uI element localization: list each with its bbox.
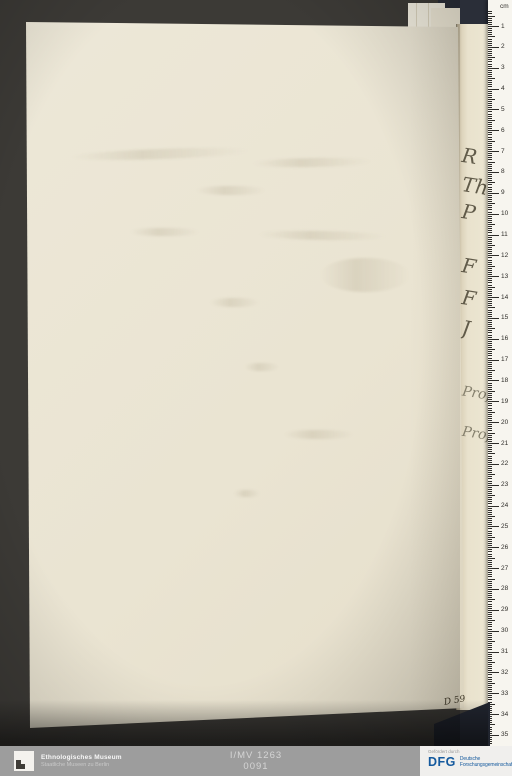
ruler-tick <box>488 408 492 409</box>
ruler-tick <box>488 585 492 586</box>
ruler-tick <box>488 422 499 423</box>
ruler-tick <box>488 159 492 160</box>
ruler-tick <box>488 180 492 181</box>
ruler-tick <box>488 387 492 388</box>
ruler-tick <box>488 47 499 48</box>
ruler-tick <box>488 589 499 590</box>
ruler-tick <box>488 80 492 81</box>
ruler-tick <box>488 66 492 67</box>
ruler-tick <box>488 55 492 56</box>
footer-bar: Ethnologisches Museum Staatliche Museen … <box>0 746 512 776</box>
ruler-tick <box>488 318 499 319</box>
ruler-tick <box>488 418 492 419</box>
ruler-tick <box>488 274 492 275</box>
ruler-tick <box>488 420 492 421</box>
ruler-tick <box>488 416 492 417</box>
ruler-tick <box>488 270 492 271</box>
ruler-tick <box>488 647 492 648</box>
ruler-tick <box>488 287 495 288</box>
ruler-tick <box>488 222 492 223</box>
ruler-number: 15 <box>501 314 512 321</box>
ruler-tick <box>488 608 492 609</box>
ruler-tick <box>488 49 492 50</box>
ruler-tick <box>488 132 492 133</box>
ruler-tick <box>488 460 492 461</box>
ruler-tick <box>488 526 499 527</box>
ruler-tick <box>488 251 492 252</box>
ruler-tick <box>488 341 492 342</box>
ruler-tick <box>488 86 492 87</box>
ruler-tick <box>488 39 492 40</box>
ruler-tick <box>488 397 492 398</box>
ruler-tick <box>488 560 492 561</box>
ruler-tick <box>488 120 495 121</box>
ruler-tick <box>488 478 492 479</box>
ruler-tick <box>488 266 495 267</box>
ruler-tick <box>488 95 492 96</box>
ruler-tick <box>488 691 492 692</box>
ruler-number: 20 <box>501 419 512 426</box>
ruler-tick <box>488 445 492 446</box>
ruler-tick <box>488 395 492 396</box>
ruler-tick <box>488 679 492 680</box>
ruler-tick <box>488 30 492 31</box>
ruler-tick <box>488 99 495 100</box>
ruler-tick <box>488 157 492 158</box>
ruler-tick <box>488 307 495 308</box>
ruler-number: 3 <box>501 64 512 71</box>
ruler-tick <box>488 322 492 323</box>
ruler-number: 26 <box>501 544 512 551</box>
ruler-tick <box>488 197 492 198</box>
ruler-tick <box>488 41 492 42</box>
ruler-tick <box>488 11 492 12</box>
ruler-tick <box>488 299 492 300</box>
funding-label: Gefördert durch <box>428 749 460 754</box>
ruler-tick <box>488 237 492 238</box>
ruler-number: 1 <box>501 23 512 30</box>
ruler-number: 17 <box>501 356 512 363</box>
ruler-tick <box>488 351 492 352</box>
ruler-tick <box>488 124 492 125</box>
ruler-tick <box>488 253 492 254</box>
ruler-number: 12 <box>501 252 512 259</box>
ruler-tick <box>488 243 492 244</box>
ruler-tick <box>488 203 495 204</box>
ruler-tick <box>488 366 492 367</box>
ruler-tick <box>488 401 499 402</box>
ruler-tick <box>488 337 492 338</box>
ruler-tick <box>488 212 492 213</box>
ruler-tick <box>488 93 492 94</box>
ruler-tick <box>488 620 495 621</box>
ruler-tick <box>488 118 492 119</box>
ruler-tick <box>488 301 492 302</box>
ruler-number: 9 <box>501 189 512 196</box>
ruler-tick <box>488 424 492 425</box>
ruler-tick <box>488 522 492 523</box>
ruler-tick <box>488 391 495 392</box>
ruler-tick <box>488 103 492 104</box>
ruler-tick <box>488 368 492 369</box>
ruler-tick <box>488 674 492 675</box>
ruler-tick <box>488 151 499 152</box>
ruler-tick <box>488 320 492 321</box>
ruler-tick <box>488 349 495 350</box>
ruler-tick <box>488 581 492 582</box>
ruler-tick <box>488 439 492 440</box>
ruler-tick <box>488 111 492 112</box>
ruler-tick <box>488 239 492 240</box>
ruler-number: 29 <box>501 606 512 613</box>
ruler-tick <box>488 441 492 442</box>
ruler-tick <box>488 91 492 92</box>
ruler-tick <box>488 470 492 471</box>
ruler-number: 22 <box>501 460 512 467</box>
ruler-tick <box>488 89 499 90</box>
blank-document-page <box>0 0 512 746</box>
ruler-tick <box>488 493 492 494</box>
ruler-tick <box>488 280 492 281</box>
ruler-tick <box>488 645 492 646</box>
ruler-tick <box>488 574 492 575</box>
ruler-tick <box>488 295 492 296</box>
ruler-tick <box>488 207 492 208</box>
ruler-tick <box>488 332 492 333</box>
ruler-tick <box>488 214 499 215</box>
ruler-tick <box>488 370 495 371</box>
ruler-tick <box>488 516 495 517</box>
ruler-tick <box>488 403 492 404</box>
ruler-tick <box>488 476 492 477</box>
ruler-tick <box>488 176 492 177</box>
dfg-full-name: Deutsche Forschungsgemeinschaft <box>460 756 512 768</box>
ruler-tick <box>488 497 492 498</box>
ruler-tick <box>488 524 492 525</box>
ruler-tick <box>488 278 492 279</box>
ruler-tick <box>488 693 499 694</box>
ruler-tick <box>488 84 492 85</box>
ruler-number: 10 <box>501 210 512 217</box>
ruler-tick <box>488 435 492 436</box>
ruler-tick <box>488 564 492 565</box>
ruler-tick <box>488 383 492 384</box>
ruler-tick <box>488 262 492 263</box>
ruler-tick <box>488 520 492 521</box>
ruler-tick <box>488 191 492 192</box>
ruler-tick <box>488 662 495 663</box>
ruler-tick <box>488 549 492 550</box>
ruler-tick <box>488 447 492 448</box>
ruler-tick <box>488 556 492 557</box>
ruler-tick <box>488 531 492 532</box>
ruler-number: 25 <box>501 523 512 530</box>
ruler-tick <box>488 362 492 363</box>
ruler-tick <box>488 666 492 667</box>
ruler-tick <box>488 554 492 555</box>
ruler-tick <box>488 139 492 140</box>
ruler-tick <box>488 472 492 473</box>
ruler-tick <box>488 216 492 217</box>
ruler-tick <box>488 36 495 37</box>
ruler-tick <box>488 668 492 669</box>
ruler-tick <box>488 128 492 129</box>
ruler-tick <box>488 155 492 156</box>
ruler-tick <box>488 70 492 71</box>
ruler-tick <box>488 255 499 256</box>
ruler-tick <box>488 76 492 77</box>
ruler-tick <box>488 654 492 655</box>
ruler-tick <box>488 364 492 365</box>
ruler-tick <box>488 347 492 348</box>
ruler-tick <box>488 305 492 306</box>
ruler-tick <box>488 466 492 467</box>
ruler-tick <box>488 697 492 698</box>
ruler-tick <box>488 312 492 313</box>
ruler-tick <box>488 635 492 636</box>
ruler-tick <box>488 483 492 484</box>
tab-seam <box>428 3 429 28</box>
ruler-number: 13 <box>501 273 512 280</box>
ruler-tick <box>488 535 492 536</box>
ruler-number: 24 <box>501 502 512 509</box>
ruler-tick <box>488 326 492 327</box>
ruler-tick <box>488 358 492 359</box>
ruler-tick <box>488 45 492 46</box>
ruler-tick <box>488 660 492 661</box>
ruler-tick <box>488 26 499 27</box>
handwriting-fragment: Prof. <box>461 383 488 404</box>
ruler-tick <box>488 412 495 413</box>
ruler-unit-label: cm <box>500 3 509 10</box>
ruler-tick <box>488 372 492 373</box>
ruler-tick <box>488 168 492 169</box>
ruler-tick <box>488 685 492 686</box>
ruler-tick <box>488 683 495 684</box>
ruler-number: 7 <box>501 148 512 155</box>
ruler-tick <box>488 681 492 682</box>
ruler-tick <box>488 170 492 171</box>
ruler-tick <box>488 360 499 361</box>
ruler-number: 2 <box>501 43 512 50</box>
scan-viewport: RThPFFJProf.Prof D 59 cm 123456789101112… <box>0 0 512 776</box>
ruler-tick <box>488 53 492 54</box>
ruler-tick <box>488 443 499 444</box>
ruler-tick <box>488 28 492 29</box>
ruler-tick <box>488 245 495 246</box>
ruler-tick <box>488 601 492 602</box>
ruler-tick <box>488 583 492 584</box>
ruler-tick <box>488 576 492 577</box>
ruler-tick <box>488 518 492 519</box>
ruler-tick <box>488 114 492 115</box>
ruler-tick <box>488 629 492 630</box>
ruler-tick <box>488 137 492 138</box>
ruler-tick <box>488 566 492 567</box>
ruler-number: 16 <box>501 335 512 342</box>
ruler-tick <box>488 182 495 183</box>
ruler-tick <box>488 501 492 502</box>
ruler-tick <box>488 122 492 123</box>
ruler-tick <box>488 272 492 273</box>
ruler-tick <box>488 268 492 269</box>
ruler-number: 14 <box>501 294 512 301</box>
ruler-tick <box>488 604 492 605</box>
ruler-tick <box>488 618 492 619</box>
ruler-tick <box>488 220 492 221</box>
ruler-number: 5 <box>501 106 512 113</box>
ruler-tick <box>488 506 499 507</box>
ruler-tick <box>488 22 492 23</box>
handwriting-fragment: F <box>460 253 477 279</box>
ruler-tick <box>488 226 492 227</box>
ruler-tick <box>488 178 492 179</box>
tab-seam <box>416 3 417 28</box>
ruler-tick <box>488 474 495 475</box>
ruler-tick <box>488 57 495 58</box>
ruler-tick <box>488 570 492 571</box>
ruler-tick <box>488 380 499 381</box>
ruler-tick <box>488 116 492 117</box>
ruler-tick <box>488 153 492 154</box>
ruler-tick <box>488 622 492 623</box>
ruler-tick <box>488 499 492 500</box>
ruler-tick <box>488 572 492 573</box>
ruler-tick <box>488 105 492 106</box>
ruler-tick <box>488 631 499 632</box>
ruler-tick <box>488 528 492 529</box>
ruler-number: 30 <box>501 627 512 634</box>
ruler-tick <box>488 339 499 340</box>
ruler-tick <box>488 656 492 657</box>
ruler-tick <box>488 612 492 613</box>
ruler-tick <box>488 24 492 25</box>
ruler-tick <box>488 328 495 329</box>
ruler-tick <box>488 587 492 588</box>
ruler-tick <box>488 209 492 210</box>
ruler-tick <box>488 641 495 642</box>
handwriting-fragment: F <box>460 285 477 311</box>
ruler-tick <box>488 43 492 44</box>
ruler-tick <box>488 430 492 431</box>
ruler-tick <box>488 453 495 454</box>
ruler-tick <box>488 378 492 379</box>
ruler-tick <box>488 247 492 248</box>
ruler-tick <box>488 385 492 386</box>
ruler-tick <box>488 458 492 459</box>
ruler-tick <box>488 260 492 261</box>
ruler-tick <box>488 626 492 627</box>
ruler-tick <box>488 541 492 542</box>
ruler-tick <box>488 389 492 390</box>
ruler-tick <box>488 599 495 600</box>
ruler-tick <box>488 109 499 110</box>
ruler-tick <box>488 187 492 188</box>
ruler-tick <box>488 134 492 135</box>
ruler-tick <box>488 558 495 559</box>
handwriting-fragment: P <box>460 199 477 225</box>
ruler-tick <box>488 610 499 611</box>
ruler-tick <box>488 376 492 377</box>
ruler-tick <box>488 68 499 69</box>
ruler-tick <box>488 335 492 336</box>
ruler-tick <box>488 16 495 17</box>
ruler-tick <box>488 374 492 375</box>
ruler-tick <box>488 485 499 486</box>
ruler-tick <box>488 162 495 163</box>
ruler-tick <box>488 699 492 700</box>
ruler-tick <box>488 314 492 315</box>
ruler-tick <box>488 330 492 331</box>
ruler-tick <box>488 289 492 290</box>
ruler-tick <box>488 464 499 465</box>
ruler-tick <box>488 310 492 311</box>
dfg-name-line2: Forschungsgemeinschaft <box>460 762 512 768</box>
ruler-tick <box>488 353 492 354</box>
ruler-tick <box>488 228 492 229</box>
ruler-tick <box>488 649 492 650</box>
ruler-tick <box>488 687 492 688</box>
ruler-tick <box>488 61 492 62</box>
ruler-tick <box>488 595 492 596</box>
ruler-tick <box>488 462 492 463</box>
ruler-tick <box>488 316 492 317</box>
ruler-tick <box>488 624 492 625</box>
ruler-tick <box>488 543 492 544</box>
ruler-tick <box>488 193 499 194</box>
ruler-tick <box>488 491 492 492</box>
ruler: cm 1234567891011121314151617181920212223… <box>488 0 512 746</box>
ruler-tick <box>488 257 492 258</box>
ruler-tick <box>488 547 499 548</box>
ruler-tick <box>488 82 492 83</box>
ruler-tick <box>488 241 492 242</box>
ruler-tick <box>488 568 499 569</box>
handwriting-fragment: J <box>460 316 472 341</box>
ruler-tick <box>488 652 499 653</box>
ruler-tick <box>488 149 492 150</box>
ruler-tick <box>488 18 492 19</box>
ruler-tick <box>488 224 495 225</box>
ruler-number: 32 <box>501 669 512 676</box>
ruler-tick <box>488 345 492 346</box>
ruler-number: 27 <box>501 565 512 572</box>
ruler-tick <box>488 537 495 538</box>
ruler-tick <box>488 414 492 415</box>
ruler-tick <box>488 399 492 400</box>
ruler-tick <box>488 126 492 127</box>
ruler-tick <box>488 551 492 552</box>
dfg-logo: Gefördert durch DFG Deutsche Forschungsg… <box>420 746 512 776</box>
ruler-tick <box>488 32 492 33</box>
ruler-tick <box>488 172 499 173</box>
ruler-tick <box>488 13 492 14</box>
ruler-tick <box>488 34 492 35</box>
ruler-tick <box>488 512 492 513</box>
ruler-tick <box>488 235 499 236</box>
ruler-tick <box>488 433 495 434</box>
ruler-tick <box>488 489 492 490</box>
ruler-tick <box>488 468 492 469</box>
ruler-tick <box>488 264 492 265</box>
ruler-tick <box>488 451 492 452</box>
ruler-tick <box>488 503 492 504</box>
handwriting-fragment: Prof <box>461 424 488 444</box>
ruler-tick <box>488 205 492 206</box>
ruler-tick <box>488 508 492 509</box>
ruler-number: 33 <box>501 690 512 697</box>
ruler-tick <box>488 59 492 60</box>
